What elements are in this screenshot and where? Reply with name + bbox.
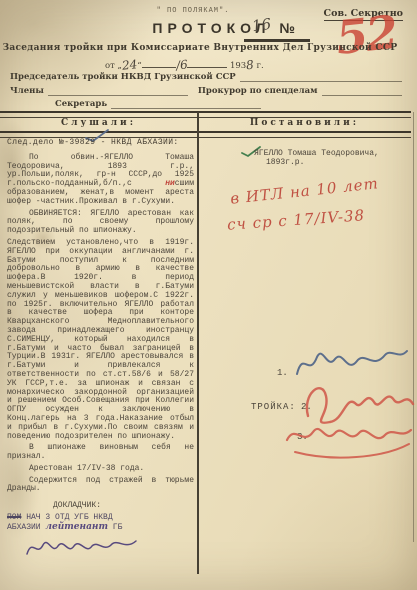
dokladchik-org: АБХАЗИИ (7, 523, 45, 532)
table-top-rule (0, 111, 411, 118)
protocol-number-handwritten: 16 (251, 15, 272, 35)
struck-word: ПОМ (7, 513, 21, 522)
table-right-edge (413, 112, 414, 542)
protocol-document-page: " ПО ПОЛЯКАМ". Сов. Секретно 52 ПРОТОКОЛ… (0, 0, 417, 590)
date-g: г. (257, 61, 264, 71)
prosecutor-blank (322, 86, 402, 96)
verdict-name-line2: 1893г.р. (266, 159, 386, 168)
po-polyakam-stamp: " ПО ПОЛЯКАМ". (118, 7, 268, 15)
column-header-postanovili: Постановили: (198, 118, 411, 131)
date-day-handwritten: 24 (121, 57, 138, 73)
date-year: 193 (230, 61, 246, 71)
accused-paragraph: По обвин.-ЯГЕЛЛО Томаша Теодоровича, 189… (7, 154, 194, 207)
red-page-number: 52 (333, 5, 398, 65)
arrest-date-line: Арестован 17/IV-38 года. (7, 465, 194, 474)
purple-handwritten-rank: лейтенант (45, 522, 108, 532)
investigation-paragraph: Следствием установлено,что в 1919г. ЯГЕЛ… (7, 239, 194, 441)
case-file-line: След.дело №-39829 - НКВД АБХАЗИИ: (7, 139, 194, 148)
table-column-divider (197, 112, 199, 574)
dokladchik-title-line2: АБХАЗИИ лейтенант ГБ (7, 523, 194, 533)
members-blank (48, 86, 188, 96)
dokladchik-gb: ГБ (108, 523, 122, 532)
secretary-blank (111, 99, 261, 109)
secretary-label: Секретарь (55, 99, 107, 109)
red-verdict-line2: сч ср с 17/IV-38 (227, 206, 366, 234)
chairman-label: Председатель тройки НКВД Грузинской ССР (10, 72, 236, 82)
members-line: Члены Прокурор по спецделам (10, 86, 402, 96)
red-verdict-line1: в ИТЛ на 10 лет (229, 174, 379, 207)
table-header-rule (0, 131, 411, 138)
dokladchik-label: ДОКЛАДЧИК: (53, 502, 194, 511)
chairman-line: Председатель тройки НКВД Грузинской ССР (10, 72, 402, 82)
members-label: Члены (10, 86, 44, 96)
date-line: от „24“/6 1938 г. (105, 57, 315, 71)
chairman-blank (240, 72, 402, 82)
troika-label: ТРОЙКА: (251, 402, 296, 412)
plea-paragraph: В шпионаже виновным себя не признал. (7, 444, 194, 462)
charge-paragraph: ОБВИНЯЕТСЯ: ЯГЕЛЛО арестован как поляк, … (7, 210, 194, 236)
date-ot: от „ (105, 61, 122, 71)
subtitle: Заседания тройки при Комиссариате Внутре… (0, 43, 400, 53)
date-month-handwritten: /6 (175, 57, 188, 72)
troika-number-1: 1. (277, 368, 288, 378)
prosecutor-label: Прокурор по спецделам (198, 86, 318, 96)
slushali-column: След.дело №-39829 - НКВД АБХАЗИИ: По обв… (7, 139, 194, 533)
dokladchik-signature (24, 534, 142, 560)
date-year-handwritten: 8 (245, 58, 254, 73)
custody-line: Содержится под стражей в тюрьме Дранды. (7, 477, 194, 495)
date-blank-2 (187, 59, 227, 68)
date-blank-1 (142, 59, 176, 68)
red-handwritten-insert: ни (165, 179, 175, 188)
secretary-line: Секретарь (55, 99, 285, 109)
troika-signature-3 (283, 418, 415, 466)
protocol-number-underline (244, 39, 310, 42)
dokladchik-rank: НАЧ 3 ОТД УГБ НКВД (21, 513, 112, 522)
